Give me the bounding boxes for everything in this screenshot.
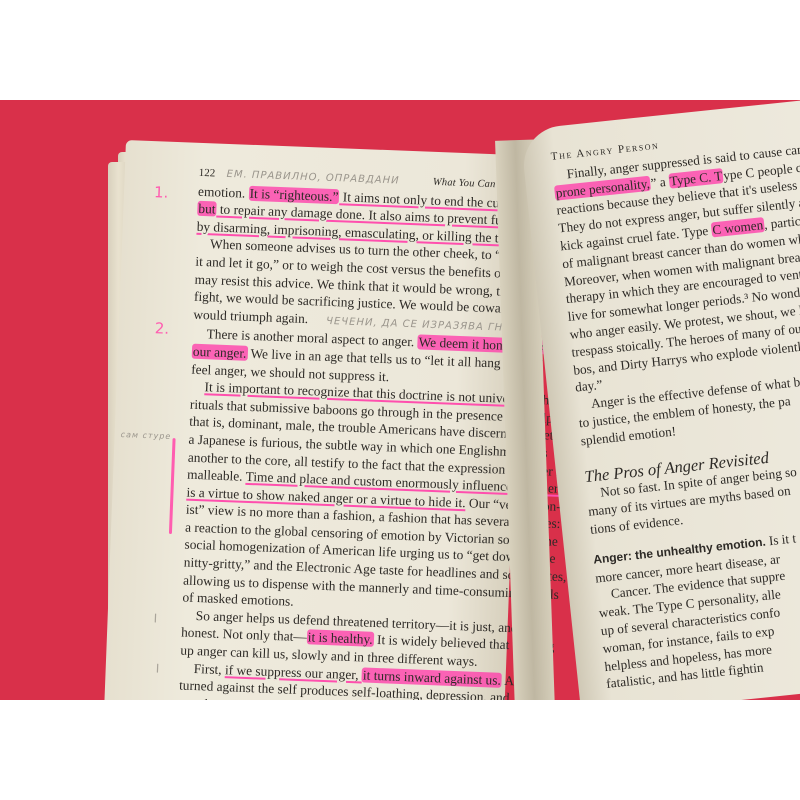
- pencil-margin-note: сам стуре: [121, 430, 172, 441]
- right-body: Finally, anger suppressed is said to cau…: [552, 136, 800, 450]
- highlighted-text: but: [197, 201, 217, 217]
- pencil-mark: I: [153, 611, 157, 625]
- margin-bracket: [169, 438, 176, 534]
- highlighted-text: It is “righteous.”: [248, 185, 339, 203]
- text-span: ” a: [650, 173, 670, 190]
- page-number: 122: [199, 167, 216, 180]
- text-span: of masked emotions.: [182, 590, 294, 609]
- text-span: malleable.: [187, 467, 246, 484]
- left-page: 1. 2. сам стуре I I 122 ЕМ. ПРАВИЛНО, ОП…: [104, 140, 526, 700]
- highlighted-text: it is healthy.: [306, 630, 373, 648]
- book-photo: 1. 2. сам стуре I I 122 ЕМ. ПРАВИЛНО, ОП…: [0, 100, 800, 700]
- pencil-mark: I: [155, 662, 159, 676]
- right-page-text: The Angry Person Finally, anger suppress…: [550, 118, 800, 693]
- text-span: day.”: [574, 377, 603, 395]
- text-span: would triumph again.: [193, 306, 308, 325]
- text-span: First,: [193, 661, 225, 677]
- margin-mark-2: 2.: [154, 319, 169, 338]
- margin-mark-1: 1.: [154, 183, 169, 202]
- text-span: emotion.: [198, 183, 249, 200]
- subsection-lead: Is it t: [765, 530, 797, 548]
- highlighted-text: our anger.: [192, 344, 248, 361]
